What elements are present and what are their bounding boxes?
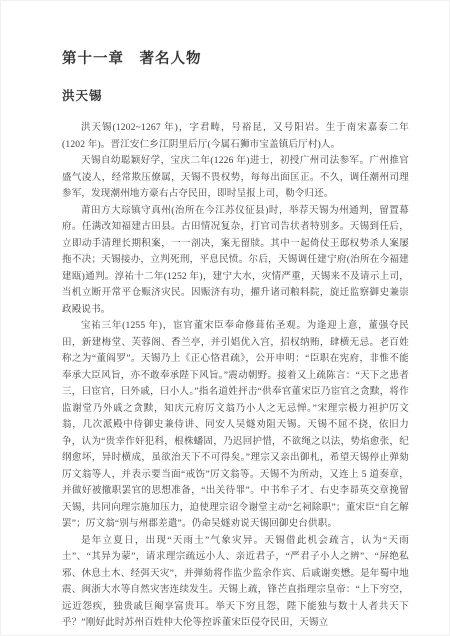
- paragraph-early-career: 天锡自幼聪颖好学，宝庆二年(1226 年)进士，初授广州司法参军。广州推官盛气凌…: [62, 153, 409, 203]
- paragraph-memorials: 是年立夏日，出现“天雨土”气象灾异。天锡借此机会疏言，认为“天雨土”、“其异为蒙…: [62, 533, 409, 632]
- document-page: 第十一章 著名人物 洪天锡 洪天锡(1202~1267 年)，字君畴，号裕昆，又…: [0, 0, 450, 636]
- chapter-title: 第十一章 著名人物: [62, 47, 409, 68]
- paragraph-biography-intro: 洪天锡(1202~1267 年)，字君畴，号裕昆，又号阳岩。生于南宋嘉泰二年(1…: [62, 120, 409, 153]
- section-title: 洪天锡: [62, 86, 409, 104]
- paragraph-impeachment: 宝祐三年(1255 年)，宦官董宋臣奉命修葺佑圣观。为逢迎上意，董强夺民田，新建…: [62, 318, 409, 533]
- paragraph-gutian-jianning: 莆田方大琮镇守真州(治所在今江苏仪征县)时，举荐天锡为州通判，留置幕府。任满改知…: [62, 203, 409, 319]
- body-text: 洪天锡(1202~1267 年)，字君畴，号裕昆，又号阳岩。生于南宋嘉泰二年(1…: [62, 120, 409, 632]
